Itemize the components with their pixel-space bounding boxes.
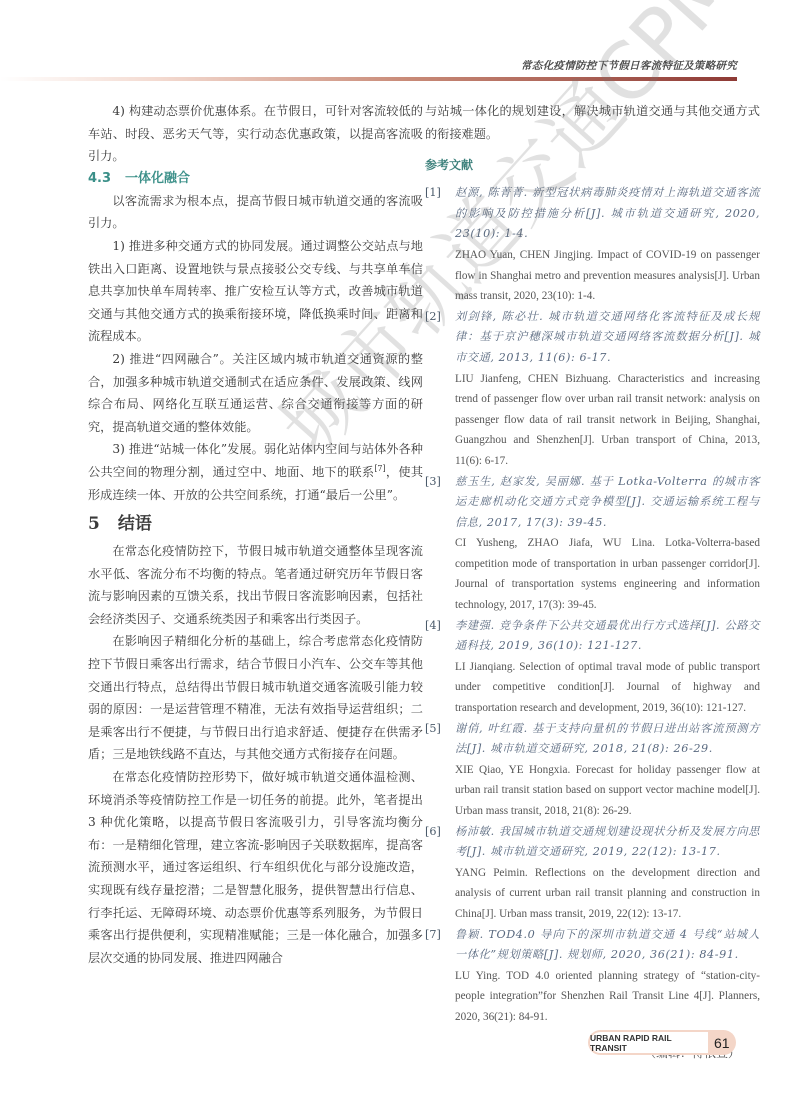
footer-journal-badge: URBAN RAPID RAIL TRANSIT 61 — [588, 1030, 736, 1055]
reference-cn: 鲁颖. TOD4.0 导向下的深圳市轨道交通 4 号线“站城人一体化”规划策略[… — [455, 925, 760, 966]
reference-number: [1] — [425, 183, 441, 204]
section-heading-5: 5结语 — [88, 512, 423, 536]
reference-number: [4] — [425, 616, 441, 637]
paragraph: 2) 推进“四网融合”。关注区域内城市轨道交通资源的整合，加强多种城市轨道交通制… — [88, 348, 423, 438]
reference-number: [7] — [425, 925, 441, 946]
journal-name: URBAN RAPID RAIL TRANSIT — [590, 1032, 708, 1053]
reference-item: [4]李建强. 竞争条件下公共交通最优出行方式选择[J]. 公路交通科技, 20… — [425, 616, 760, 719]
reference-number: [3] — [425, 472, 441, 493]
reference-number: [2] — [425, 307, 441, 328]
running-title: 常态化疫情防控下节假日客流特征及策略研究 — [521, 58, 737, 73]
reference-en: XIE Qiao, YE Hongxia. Forecast for holid… — [455, 760, 760, 822]
reference-en: YANG Peimin. Reflections on the developm… — [455, 863, 760, 925]
references-title: 参考文献 — [425, 155, 760, 175]
reference-number: [5] — [425, 719, 441, 740]
paragraph: 在常态化疫情防控下，节假日城市轨道交通整体呈现客流水平低、客流分布不均衡的特点。… — [88, 540, 423, 630]
reference-cn: 刘剑锋, 陈必壮. 城市轨道交通网络化客流特征及成长规律：基于京沪穗深城市轨道交… — [455, 307, 760, 369]
reference-cn: 慈玉生, 赵家发, 吴丽娜. 基于 Lotka-Volterra 的城市客运走廊… — [455, 472, 760, 534]
paragraph: 3) 推进“站城一体化”发展。弱化站体内空间与站体外各种公共空间的物理分割，通过… — [88, 438, 423, 506]
reference-en: CI Yusheng, ZHAO Jiafa, WU Lina. Lotka-V… — [455, 533, 760, 615]
section-title: 一体化融合 — [125, 171, 190, 186]
left-column: 4) 构建动态票价优惠体系。在节假日，可针对客流较低的车站、时段、恶劣天气等，实… — [88, 100, 423, 969]
reference-cn: 杨沛敏. 我国城市轨道交通规划建设现状分析及发展方向思考[J]. 城市轨道交通研… — [455, 822, 760, 863]
paragraph: 与站城一体化的规划建设，解决城市轨道交通与其他交通方式的衔接难题。 — [425, 100, 760, 145]
section-number: 5 — [88, 514, 100, 534]
page-number: 61 — [714, 1035, 730, 1051]
section-number: 4.3 — [88, 171, 111, 186]
citation-7[interactable]: [7] — [374, 464, 385, 473]
reference-item: [3]慈玉生, 赵家发, 吴丽娜. 基于 Lotka-Volterra 的城市客… — [425, 472, 760, 616]
reference-list: [1]赵源, 陈菁菁. 新型冠状病毒肺炎疫情对上海轨道交通客流的影响及防控措施分… — [425, 183, 760, 1027]
paragraph: 以客流需求为根本点，提高节假日城市轨道交通的客流吸引力。 — [88, 190, 423, 235]
paragraph: 4) 构建动态票价优惠体系。在节假日，可针对客流较低的车站、时段、恶劣天气等，实… — [88, 100, 423, 168]
reference-item: [1]赵源, 陈菁菁. 新型冠状病毒肺炎疫情对上海轨道交通客流的影响及防控措施分… — [425, 183, 760, 307]
reference-number: [6] — [425, 822, 441, 843]
reference-en: LI Jianqiang. Selection of optimal trava… — [455, 657, 760, 719]
reference-cn: 李建强. 竞争条件下公共交通最优出行方式选择[J]. 公路交通科技, 2019,… — [455, 616, 760, 657]
header-rule — [0, 77, 737, 81]
right-column: 与站城一体化的规划建设，解决城市轨道交通与其他交通方式的衔接难题。 参考文献 [… — [425, 100, 760, 1064]
reference-en: LIU Jianfeng, CHEN Bizhuang. Characteris… — [455, 369, 760, 472]
reference-item: [7]鲁颖. TOD4.0 导向下的深圳市轨道交通 4 号线“站城人一体化”规划… — [425, 925, 760, 1028]
reference-item: [5]谢俏, 叶红霞. 基于支持向量机的节假日进出站客流预测方法[J]. 城市轨… — [425, 719, 760, 822]
paragraph: 在常态化疫情防控形势下，做好城市轨道交通体温检测、环境消杀等疫情防控工作是一切任… — [88, 766, 423, 969]
paragraph: 在影响因子精细化分析的基础上，综合考虑常态化疫情防控下节假日乘客出行需求，结合节… — [88, 630, 423, 766]
reference-item: [6]杨沛敏. 我国城市轨道交通规划建设现状分析及发展方向思考[J]. 城市轨道… — [425, 822, 760, 925]
paragraph: 1) 推进多种交通方式的协同发展。通过调整公交站点与地铁出入口距离、设置地铁与景… — [88, 235, 423, 348]
paragraph-text: 3) 推进“站城一体化”发展。弱化站体内空间与站体外各种公共空间的物理分割，通过… — [88, 442, 423, 479]
section-title: 结语 — [118, 514, 152, 534]
reference-en: LU Ying. TOD 4.0 oriented planning strat… — [455, 966, 760, 1028]
section-heading-4-3: 4.3一体化融合 — [88, 168, 423, 190]
reference-cn: 谢俏, 叶红霞. 基于支持向量机的节假日进出站客流预测方法[J]. 城市轨道交通… — [455, 719, 760, 760]
reference-cn: 赵源, 陈菁菁. 新型冠状病毒肺炎疫情对上海轨道交通客流的影响及防控措施分析[J… — [455, 183, 760, 245]
reference-en: ZHAO Yuan, CHEN Jingjing. Impact of COVI… — [455, 245, 760, 307]
reference-item: [2]刘剑锋, 陈必壮. 城市轨道交通网络化客流特征及成长规律：基于京沪穗深城市… — [425, 307, 760, 472]
